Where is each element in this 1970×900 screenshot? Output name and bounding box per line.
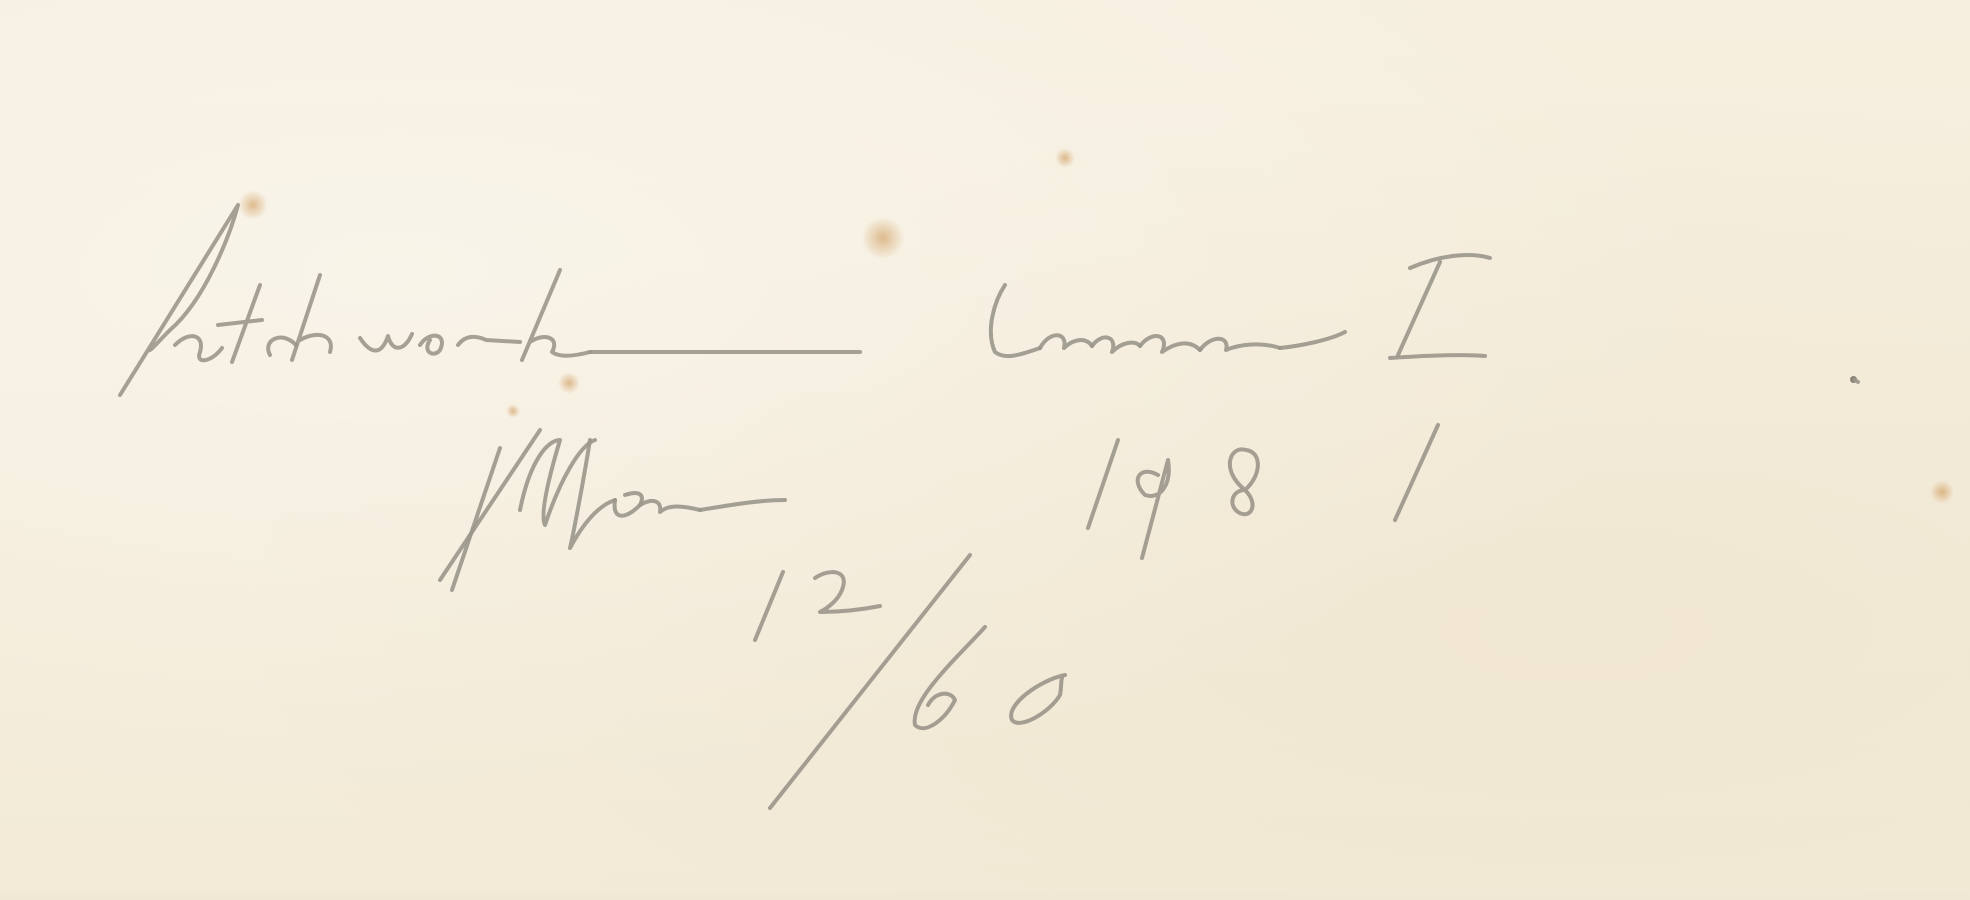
paper-bottom-edge — [0, 890, 1970, 900]
edition-handwriting — [755, 555, 1065, 808]
signature-handwriting — [440, 430, 785, 590]
year-handwriting — [1088, 425, 1438, 558]
title-handwriting-second-word — [991, 255, 1858, 382]
title-handwriting — [120, 205, 860, 395]
pencil-inscription — [0, 0, 1970, 900]
